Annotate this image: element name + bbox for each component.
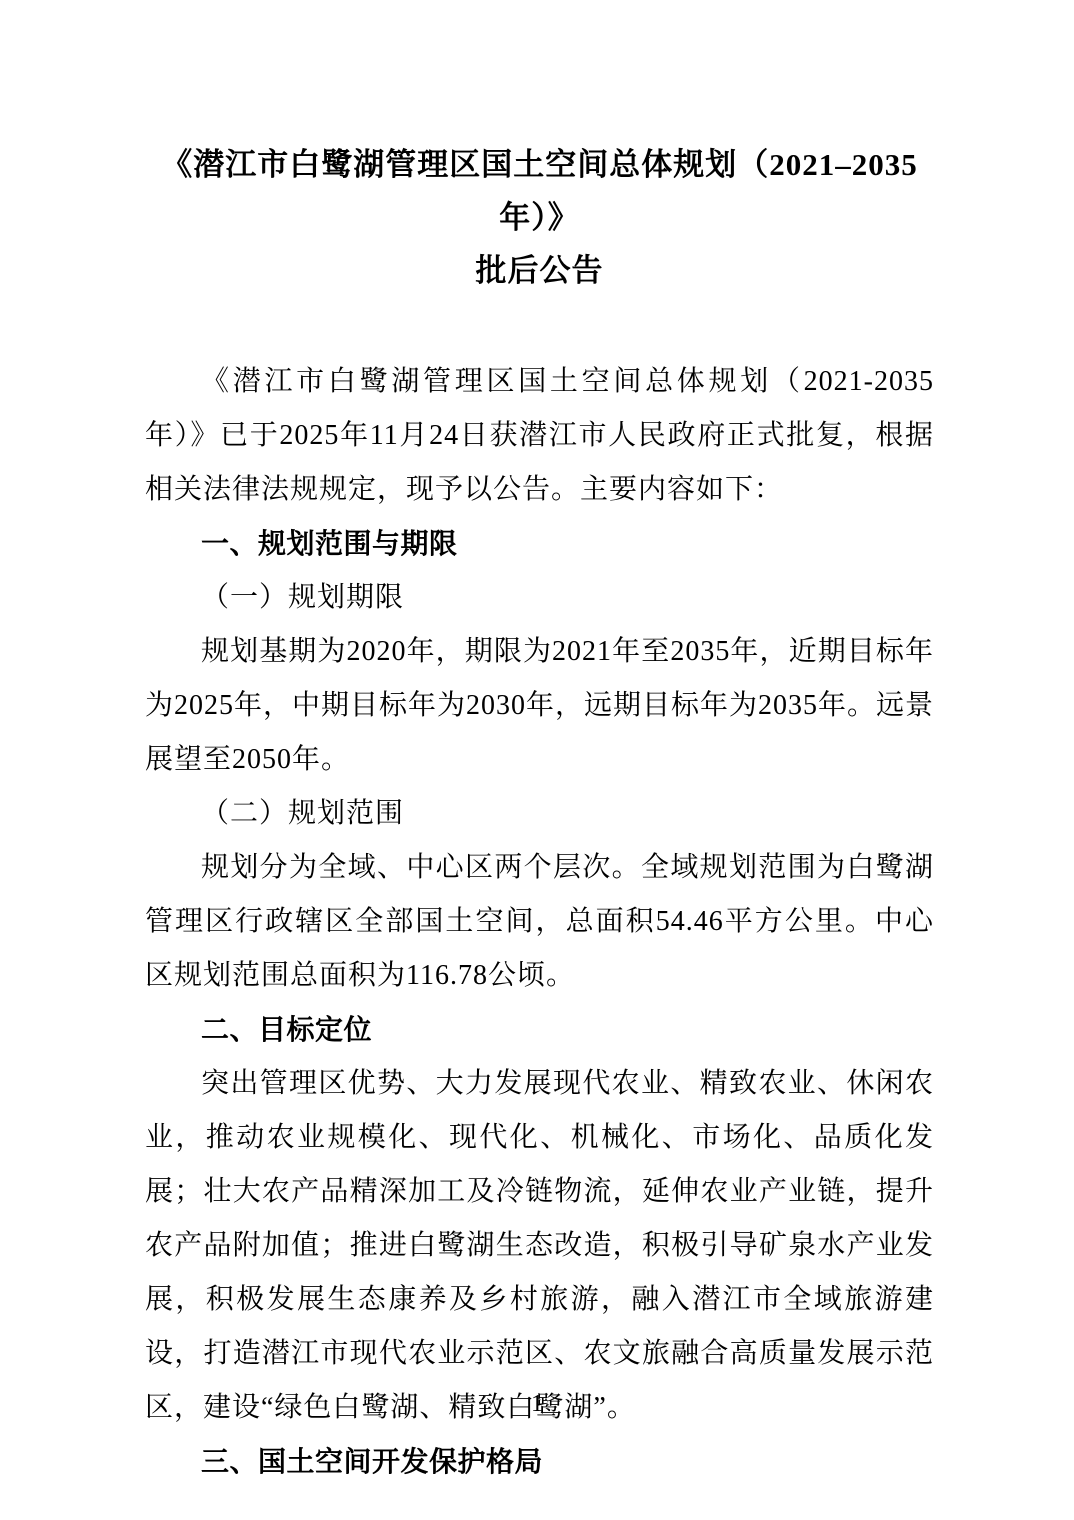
document-title-line2: 批后公告: [145, 244, 934, 297]
paragraph-intro: 《潜江市白鹭湖管理区国土空间总体规划（2021-2035年）》已于2025年11…: [145, 355, 934, 517]
page-number: 1: [0, 1390, 1074, 1418]
subsection-heading-1-1: （一）规划期限: [145, 571, 934, 625]
section-heading-3: 三、国土空间开发保护格局: [145, 1435, 934, 1489]
document-page: 《潜江市白鹭湖管理区国土空间总体规划（2021–2035年）》 批后公告 《潜江…: [0, 0, 1074, 1520]
document-body: 《潜江市白鹭湖管理区国土空间总体规划（2021-2035年）》已于2025年11…: [145, 355, 934, 1489]
paragraph-plan-scope: 规划分为全域、中心区两个层次。全域规划范围为白鹭湖管理区行政辖区全部国土空间，总…: [145, 841, 934, 1003]
paragraph-goals: 突出管理区优势、大力发展现代农业、精致农业、休闲农业，推动农业规模化、现代化、机…: [145, 1057, 934, 1435]
document-title: 《潜江市白鹭湖管理区国土空间总体规划（2021–2035年）》 批后公告: [145, 138, 934, 297]
section-heading-1: 一、规划范围与期限: [145, 517, 934, 571]
subsection-heading-1-2: （二）规划范围: [145, 787, 934, 841]
document-title-line1: 《潜江市白鹭湖管理区国土空间总体规划（2021–2035年）》: [145, 138, 934, 244]
paragraph-plan-period: 规划基期为2020年，期限为2021年至2035年，近期目标年为2025年，中期…: [145, 625, 934, 787]
document-content: 《潜江市白鹭湖管理区国土空间总体规划（2021–2035年）》 批后公告 《潜江…: [145, 138, 934, 1489]
section-heading-2: 二、目标定位: [145, 1003, 934, 1057]
